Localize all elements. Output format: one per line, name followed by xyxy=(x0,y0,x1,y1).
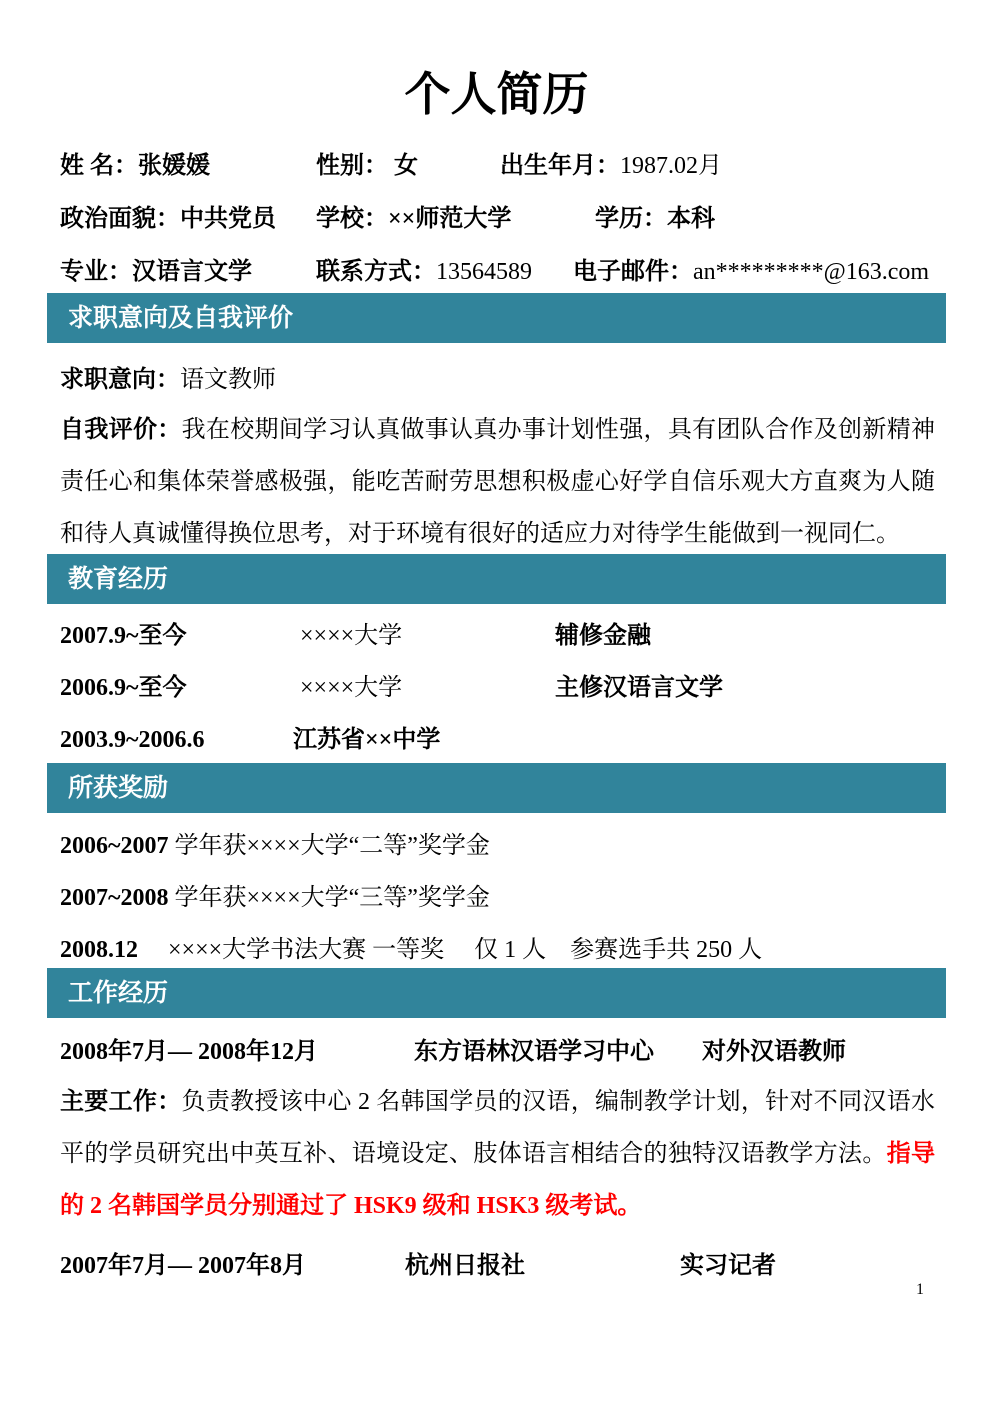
work-entry-title: 2007年7月— 2007年8月 杭州日报社 实习记者 xyxy=(47,1246,946,1286)
award-line: 2008.12 ××××大学书法大赛 一等奖 仅 1 人 参赛选手共 250 人 xyxy=(60,930,946,970)
work-duty-paragraph: 主要工作：负责教授该中心 2 名韩国学员的汉语，编制教学计划，针对不同汉语水平的… xyxy=(60,1076,935,1232)
self-evaluation-label: 自我评价： xyxy=(60,417,182,443)
self-evaluation-paragraph: 自我评价：我在校期间学习认真做事认真办事计划性强，具有团队合作及创新精神责任心和… xyxy=(60,404,935,560)
section-header-awards: 所获奖励 xyxy=(47,763,946,813)
degree-field: 学历：本科 xyxy=(595,199,715,239)
political-status-field: 政治面貌：中共党员 xyxy=(60,199,276,239)
phone-field: 联系方式：13564589 xyxy=(316,252,532,292)
education-row: 2007.9~至今 ××××大学 辅修金融 xyxy=(47,616,946,656)
page-number: 1 xyxy=(916,1281,924,1299)
info-row-2: 政治面貌：中共党员 学校：××师范大学 学历：本科 xyxy=(47,199,946,239)
info-row-3: 专业：汉语言文学 联系方式：13564589 电子邮件：an*********@… xyxy=(47,252,946,292)
self-evaluation-text: 我在校期间学习认真做事认真办事计划性强，具有团队合作及创新精神责任心和集体荣誉感… xyxy=(60,417,935,547)
school-field: 学校：××师范大学 xyxy=(316,199,511,239)
name-field: 姓 名：张媛媛 xyxy=(60,146,210,186)
section-header-intent: 求职意向及自我评价 xyxy=(47,293,946,343)
education-row: 2006.9~至今 ××××大学 主修汉语言文学 xyxy=(47,668,946,708)
work-entry-title: 2008年7月— 2008年12月 东方语林汉语学习中心 对外汉语教师 xyxy=(47,1032,946,1072)
section-header-work: 工作经历 xyxy=(47,968,946,1018)
info-row-1: 姓 名：张媛媛 性别： 女 出生年月：1987.02月 xyxy=(47,146,946,186)
work-duty-label: 主要工作： xyxy=(60,1089,182,1115)
major-field: 专业：汉语言文学 xyxy=(60,252,252,292)
gender-field: 性别： 女 xyxy=(316,146,418,186)
work-duty-text: 负责教授该中心 2 名韩国学员的汉语，编制教学计划，针对不同汉语水平的学员研究出… xyxy=(60,1089,935,1167)
page-title: 个人简历 xyxy=(0,66,993,122)
resume-page: 个人简历 姓 名：张媛媛 性别： 女 出生年月：1987.02月 政治面貌：中共… xyxy=(0,0,993,1404)
award-line: 2006~2007 学年获××××大学“二等”奖学金 xyxy=(60,826,946,866)
email-field: 电子邮件：an*********@163.com xyxy=(573,252,929,292)
section-header-education: 教育经历 xyxy=(47,554,946,604)
job-intent-label: 求职意向： xyxy=(60,367,180,393)
job-intent-line: 求职意向：语文教师 xyxy=(60,360,946,400)
award-line: 2007~2008 学年获××××大学“三等”奖学金 xyxy=(60,878,946,918)
education-row: 2003.9~2006.6 江苏省××中学 xyxy=(47,720,946,760)
job-intent-value: 语文教师 xyxy=(180,367,276,393)
birth-field: 出生年月：1987.02月 xyxy=(500,146,722,186)
